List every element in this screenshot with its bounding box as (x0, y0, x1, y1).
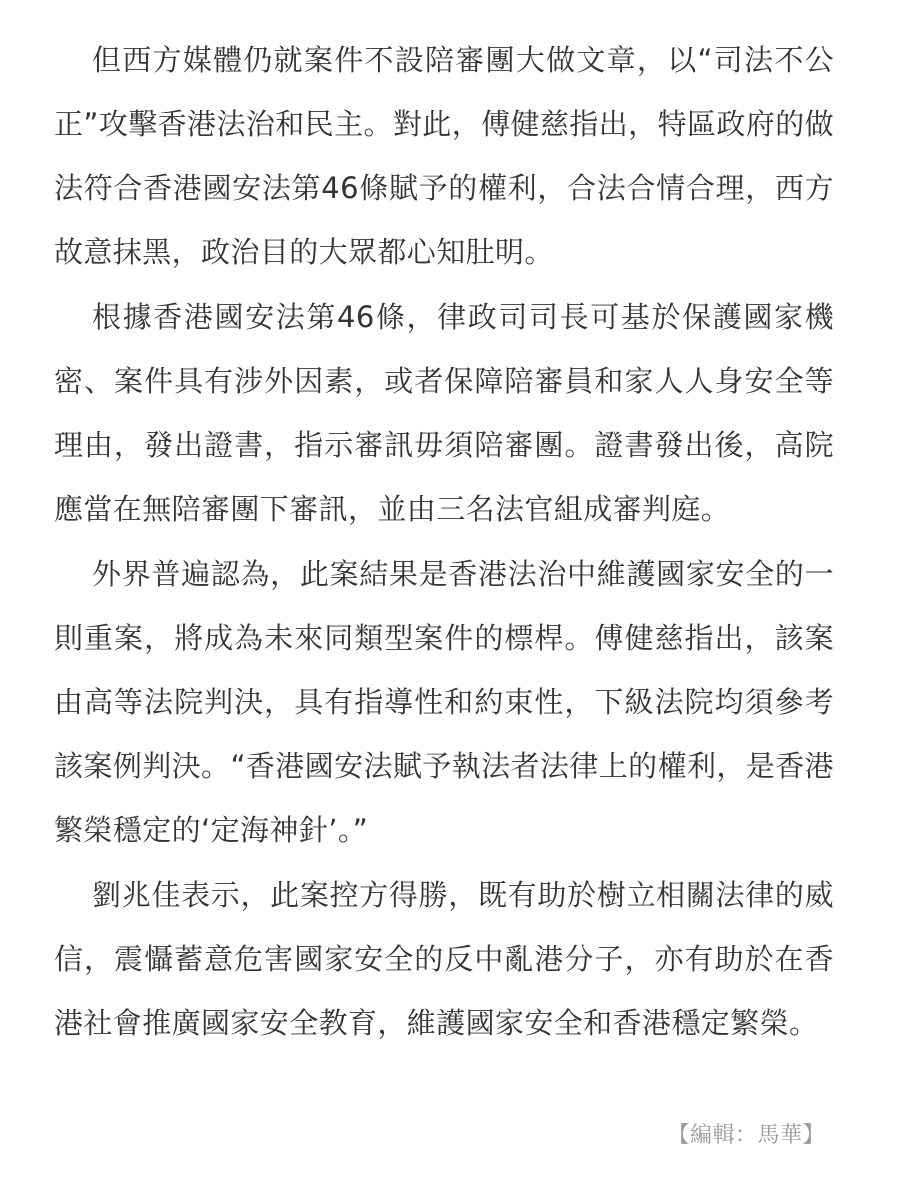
paragraph-landmark-case: 外界普遍認為，此案結果是香港法治中維護國家安全的一則重案，將成為未來同類型案件的… (54, 542, 834, 862)
paragraph-western-media: 但西方媒體仍就案件不設陪審團大做文章，以“司法不公正”攻擊香港法治和民主。對此，… (54, 28, 834, 284)
article-body: 但西方媒體仍就案件不設陪審團大做文章，以“司法不公正”攻擊香港法治和民主。對此，… (54, 28, 834, 1056)
paragraph-article-46: 根據香港國安法第46條，律政司司長可基於保護國家機密、案件具有涉外因素，或者保障… (54, 285, 834, 541)
paragraph-lau-siu-kai: 劉兆佳表示，此案控方得勝，既有助於樹立相關法律的威信，震懾蓄意危害國家安全的反中… (54, 863, 834, 1055)
editor-credit: 【編輯：馬華】 (667, 1118, 825, 1149)
